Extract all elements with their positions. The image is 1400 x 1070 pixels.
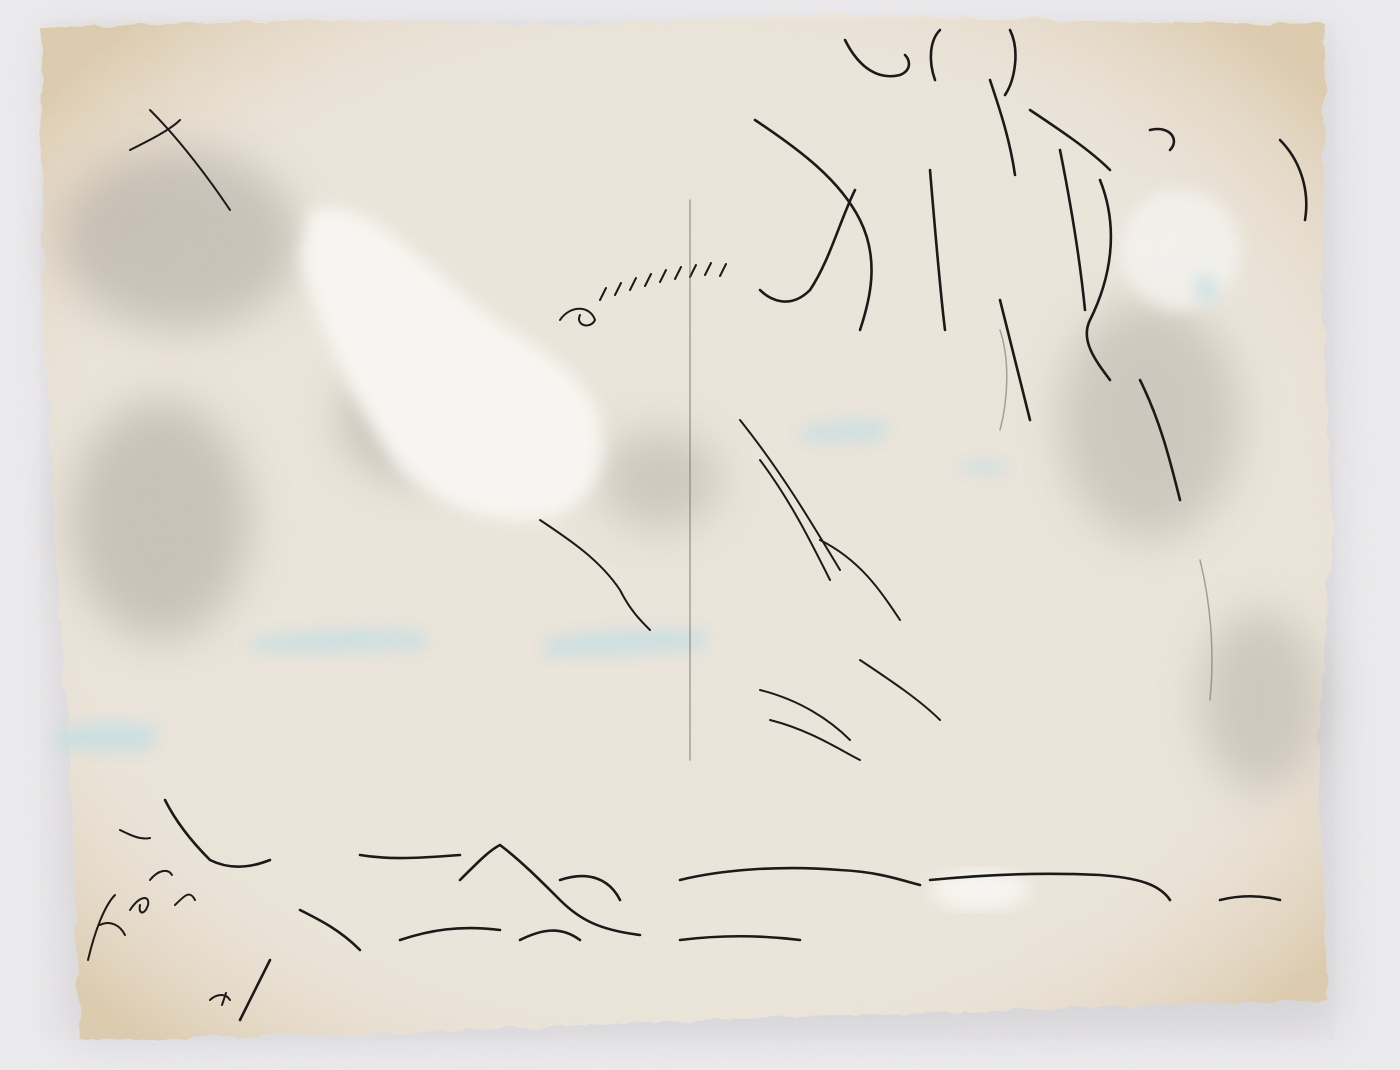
- artwork-photo: Ink drawing with white and pale blue was…: [0, 0, 1400, 1070]
- drawing-canvas: [0, 0, 1400, 1070]
